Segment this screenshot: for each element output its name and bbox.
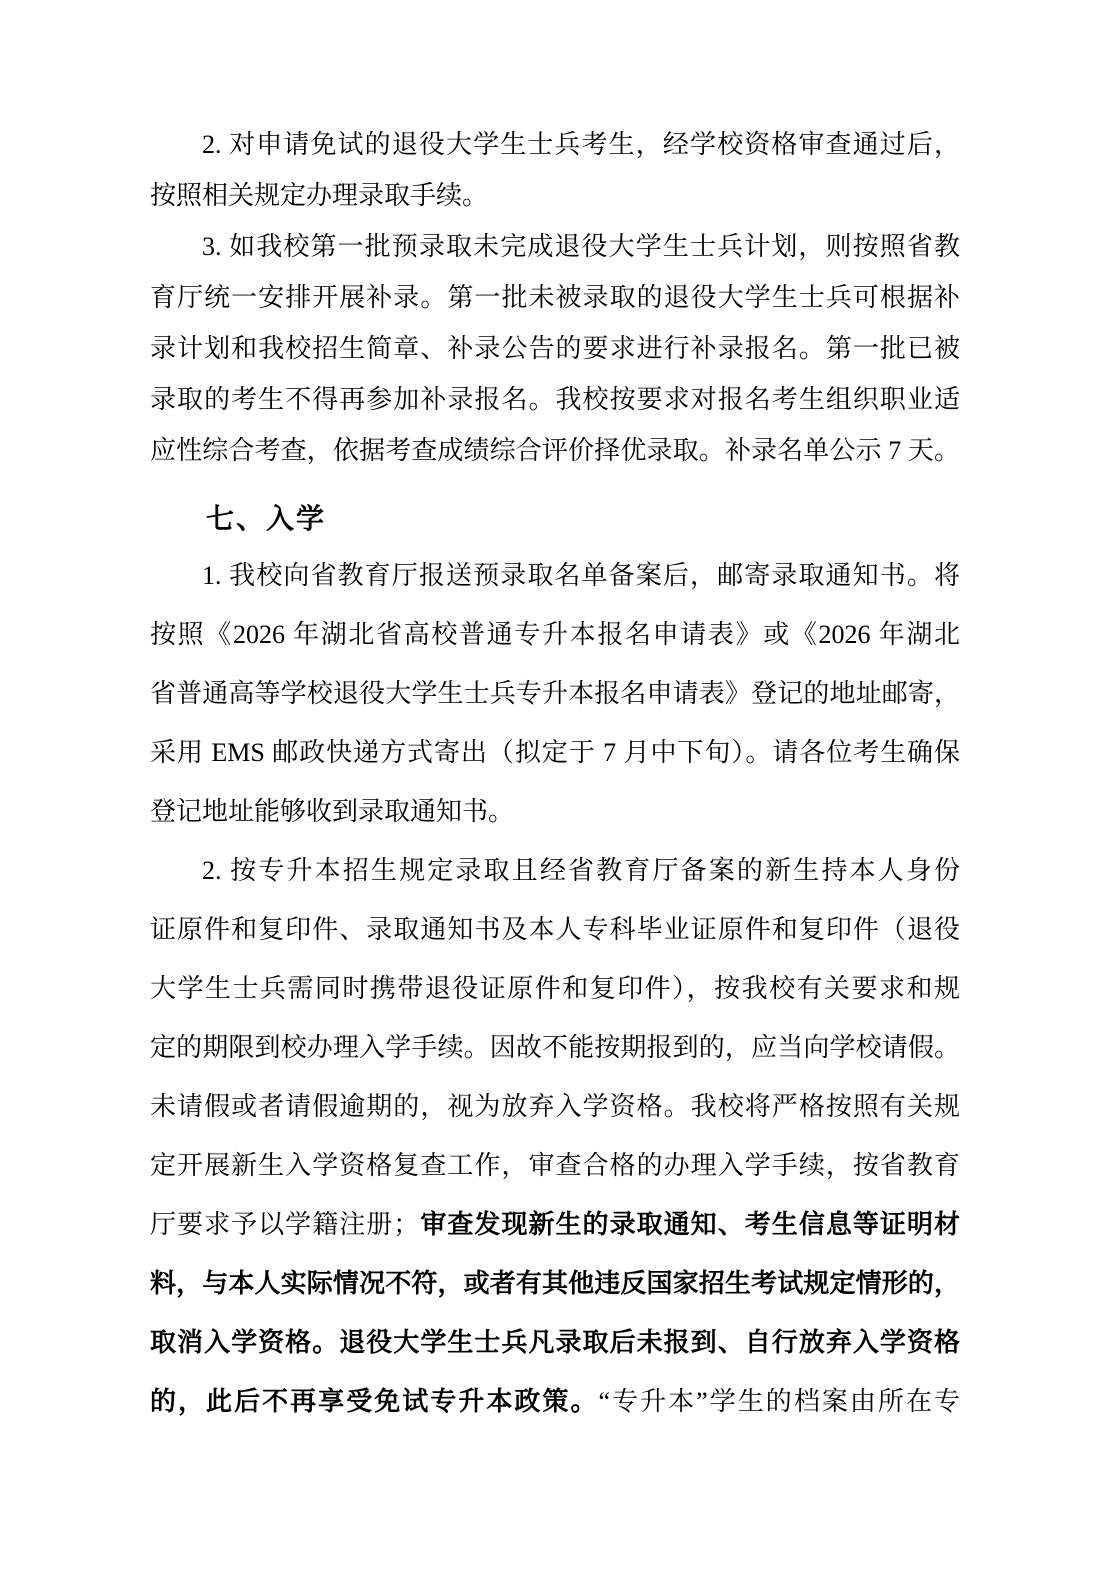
text-run: 大学生士兵需同时携带退役证原件和复印件），按我校有关要求和规 — [150, 974, 960, 1003]
text-run: 未请假或者请假逾期的，视为放弃入学资格。我校将严格按照有关规 — [150, 1092, 960, 1121]
text-run: “专升本”学生的档案由所在专 — [599, 1387, 960, 1416]
text-run: 2. 按专升本招生规定录取且经省教育厅备案的新生持本人身份 — [202, 856, 960, 885]
text-run: 厅要求予以学籍注册； — [150, 1210, 419, 1239]
text-line: 定开展新生入学资格复查工作，审查合格的办理入学手续，按省教育 — [150, 1136, 960, 1195]
text-line: 按照《2026 年湖北省高校普通专升本报名申请表》或《2026 年湖北 — [150, 605, 960, 664]
text-line: 1. 我校向省教育厅报送预录取名单备案后，邮寄录取通知书。将 — [150, 546, 960, 605]
text-line: 的，此后不再享受免试专升本政策。“专升本”学生的档案由所在专 — [150, 1372, 960, 1431]
text-line: 未请假或者请假逾期的，视为放弃入学资格。我校将严格按照有关规 — [150, 1077, 960, 1136]
paragraph: 1. 我校向省教育厅报送预录取名单备案后，邮寄录取通知书。将按照《2026 年湖… — [150, 546, 960, 841]
paragraph: 2. 按专升本招生规定录取且经省教育厅备案的新生持本人身份证原件和复印件、录取通… — [150, 841, 960, 1431]
page-content: 2. 对申请免试的退役大学生士兵考生，经学校资格审查通过后，按照相关规定办理录取… — [150, 119, 960, 1431]
text-run: 定开展新生入学资格复查工作，审查合格的办理入学手续，按省教育 — [150, 1151, 960, 1180]
text-line: 录计划和我校招生简章、补录公告的要求进行补录报名。第一批已被 — [150, 323, 960, 374]
text-run: 定的期限到校办理入学手续。因故不能按期报到的，应当向学校请假。 — [150, 1033, 960, 1062]
text-line: 登记地址能够收到录取通知书。 — [150, 782, 960, 841]
text-line: 录取的考生不得再参加补录报名。我校按要求对报名考生组织职业适 — [150, 374, 960, 425]
text-run: 采用 EMS 邮政快递方式寄出（拟定于 7 月中下旬）。请各位考生确保 — [150, 738, 960, 767]
text-line: 育厅统一安排开展补录。第一批未被录取的退役大学生士兵可根据补 — [150, 272, 960, 323]
text-line: 定的期限到校办理入学手续。因故不能按期报到的，应当向学校请假。 — [150, 1018, 960, 1077]
text-run: 省普通高等学校退役大学生士兵专升本报名申请表》登记的地址邮寄， — [150, 679, 960, 708]
text-run: 录取的考生不得再参加补录报名。我校按要求对报名考生组织职业适 — [150, 385, 960, 414]
bold-text-run: 料，与本人实际情况不符，或者有其他违反国家招生考试规定情形的， — [150, 1269, 960, 1298]
text-run: 育厅统一安排开展补录。第一批未被录取的退役大学生士兵可根据补 — [150, 283, 960, 312]
text-run: 证原件和复印件、录取通知书及本人专科毕业证原件和复印件（退役 — [150, 915, 960, 944]
text-line: 料，与本人实际情况不符，或者有其他违反国家招生考试规定情形的， — [150, 1254, 960, 1313]
text-line: 按照相关规定办理录取手续。 — [150, 170, 960, 221]
text-run: 3. 如我校第一批预录取未完成退役大学生士兵计划，则按照省教 — [202, 232, 960, 261]
text-run: 按照《2026 年湖北省高校普通专升本报名申请表》或《2026 年湖北 — [150, 620, 960, 649]
paragraph: 2. 对申请免试的退役大学生士兵考生，经学校资格审查通过后，按照相关规定办理录取… — [150, 119, 960, 221]
text-line: 3. 如我校第一批预录取未完成退役大学生士兵计划，则按照省教 — [150, 221, 960, 272]
paragraph: 3. 如我校第一批预录取未完成退役大学生士兵计划，则按照省教育厅统一安排开展补录… — [150, 221, 960, 476]
text-line: 证原件和复印件、录取通知书及本人专科毕业证原件和复印件（退役 — [150, 900, 960, 959]
text-line: 应性综合考查，依据考查成绩综合评价择优录取。补录名单公示 7 天。 — [150, 425, 960, 476]
text-line: 省普通高等学校退役大学生士兵专升本报名申请表》登记的地址邮寄， — [150, 664, 960, 723]
text-line: 2. 对申请免试的退役大学生士兵考生，经学校资格审查通过后， — [150, 119, 960, 170]
text-run: 录计划和我校招生简章、补录公告的要求进行补录报名。第一批已被 — [150, 334, 960, 363]
text-line: 厅要求予以学籍注册；审查发现新生的录取通知、考生信息等证明材 — [150, 1195, 960, 1254]
document-page: 2. 对申请免试的退役大学生士兵考生，经学校资格审查通过后，按照相关规定办理录取… — [0, 0, 1116, 1578]
text-line: 采用 EMS 邮政快递方式寄出（拟定于 7 月中下旬）。请各位考生确保 — [150, 723, 960, 782]
section-heading: 七、入学 — [150, 497, 960, 541]
text-line: 取消入学资格。退役大学生士兵凡录取后未报到、自行放弃入学资格 — [150, 1313, 960, 1372]
bold-text-run: 取消入学资格。退役大学生士兵凡录取后未报到、自行放弃入学资格 — [150, 1328, 960, 1357]
bold-text-run: 的，此后不再享受免试专升本政策。 — [150, 1387, 599, 1416]
text-line: 2. 按专升本招生规定录取且经省教育厅备案的新生持本人身份 — [150, 841, 960, 900]
text-run: 1. 我校向省教育厅报送预录取名单备案后，邮寄录取通知书。将 — [202, 561, 960, 590]
text-run: 登记地址能够收到录取通知书。 — [150, 797, 514, 826]
text-run: 应性综合考查，依据考查成绩综合评价择优录取。补录名单公示 7 天。 — [150, 436, 960, 465]
text-line: 大学生士兵需同时携带退役证原件和复印件），按我校有关要求和规 — [150, 959, 960, 1018]
text-run: 2. 对申请免试的退役大学生士兵考生，经学校资格审查通过后， — [202, 130, 960, 159]
text-run: 按照相关规定办理录取手续。 — [150, 181, 488, 210]
bold-text-run: 审查发现新生的录取通知、考生信息等证明材 — [419, 1210, 960, 1239]
